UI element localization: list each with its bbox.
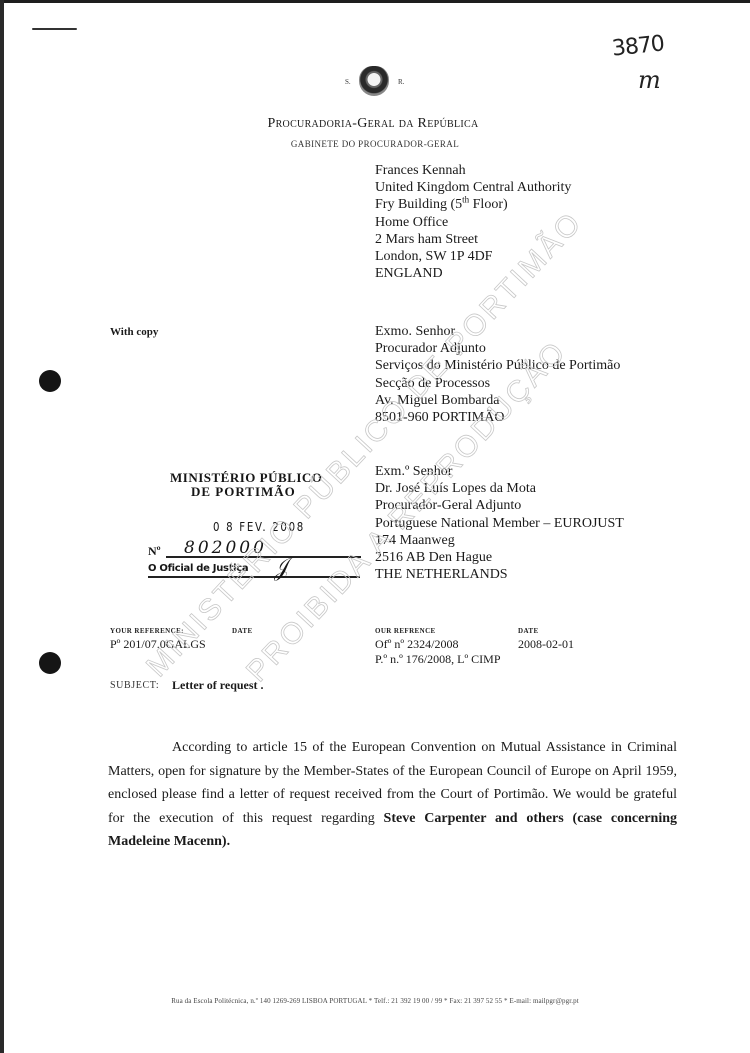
stamp-date: 0 8 FEV. 2008 — [213, 520, 305, 534]
copy-line: Secção de Processos — [375, 375, 620, 392]
punch-hole-icon — [39, 652, 61, 674]
organization-title: Procuradoria-Geral da República — [0, 116, 750, 132]
stamp-number-value: 802000 — [184, 538, 267, 558]
staple-mark — [32, 28, 77, 30]
stamp-underline — [148, 576, 360, 578]
recipient-line: London, SW 1P 4DF — [375, 248, 571, 265]
copy-line: 2516 AB Den Hague — [375, 549, 624, 566]
copy-line: Portuguese National Member – EUROJUST — [375, 515, 624, 532]
coat-of-arms: S. R. — [335, 66, 415, 98]
crest-letter-r: R. — [398, 78, 404, 86]
copy-line: Procurador-Geral Adjunto — [375, 497, 624, 514]
your-reference-value: Pº 201/07.0GALGS — [110, 637, 206, 652]
copy-recipient-2: Exm.º Senhor Dr. José Luís Lopes da Mota… — [375, 463, 624, 583]
punch-hole-icon — [39, 370, 61, 392]
recipient-line: Fry Building (5th Floor) — [375, 196, 571, 213]
stamp-location: DE PORTIMÃO — [191, 484, 296, 500]
copy-line: Dr. José Luís Lopes da Mota — [375, 480, 624, 497]
recipient-line: ENGLAND — [375, 265, 571, 282]
copy-line: Exmo. Senhor — [375, 323, 620, 340]
our-date-label: DATE — [518, 627, 539, 635]
footer-address: Rua da Escola Politécnica, n.º 140 1269-… — [0, 997, 750, 1005]
recipient-line-text: Fry Building (5 — [375, 197, 462, 212]
your-date-label: DATE — [232, 627, 253, 635]
our-date-value: 2008-02-01 — [518, 637, 574, 652]
scan-edge-left — [0, 0, 4, 1053]
stamp-officer-label: O Oficial de Justiça — [148, 563, 248, 574]
coat-of-arms-icon — [359, 66, 389, 96]
your-reference-label: YOUR REFERENCE: — [110, 627, 184, 635]
copy-line: THE NETHERLANDS — [375, 566, 624, 583]
our-reference-label: OUR REFRENCE — [375, 627, 436, 635]
copy-line: 8501-960 PORTIMÃO — [375, 409, 620, 426]
subject-label: SUBJECT: — [110, 680, 159, 691]
our-reference-value: Ofº nº 2324/2008 — [375, 637, 458, 652]
copy-line: Procurador Adjunto — [375, 340, 620, 357]
scan-edge-top — [0, 0, 750, 3]
crest-letter-s: S. — [345, 78, 351, 86]
recipient-line: United Kingdom Central Authority — [375, 179, 571, 196]
recipient-line: Home Office — [375, 214, 571, 231]
copy-line: Serviços do Ministério Público de Portim… — [375, 357, 620, 374]
with-copy-label: With copy — [110, 326, 158, 338]
recipient-address: Frances Kennah United Kingdom Central Au… — [375, 162, 571, 282]
signature-icon: 𝒥 — [271, 555, 290, 582]
letter-body: According to article 15 of the European … — [108, 736, 677, 854]
recipient-line-tail: Floor) — [469, 197, 508, 212]
recipient-line: Frances Kennah — [375, 162, 571, 179]
copy-line: 174 Maanweg — [375, 532, 624, 549]
subject-value: Letter of request . — [172, 678, 264, 693]
handwritten-initial: m — [638, 66, 661, 94]
stamp-number-label: Nº — [148, 544, 161, 559]
department-subtitle: GABINETE DO PROCURADOR-GERAL — [0, 139, 750, 149]
reception-stamp: MINISTÉRIO PÚBLICO DE PORTIMÃO 0 8 FEV. … — [148, 468, 358, 598]
copy-line: Exm.º Senhor — [375, 463, 624, 480]
stamp-underline — [166, 556, 361, 558]
organization-title-text: Procuradoria-Geral da República — [268, 116, 479, 132]
copy-recipient-1: Exmo. Senhor Procurador Adjunto Serviços… — [375, 323, 620, 426]
handwritten-number: 3870 — [611, 33, 665, 60]
copy-line: Av. Miguel Bombarda — [375, 392, 620, 409]
recipient-line: 2 Mars ham Street — [375, 231, 571, 248]
our-process-value: P.º n.º 176/2008, Lº CIMP — [375, 652, 501, 667]
